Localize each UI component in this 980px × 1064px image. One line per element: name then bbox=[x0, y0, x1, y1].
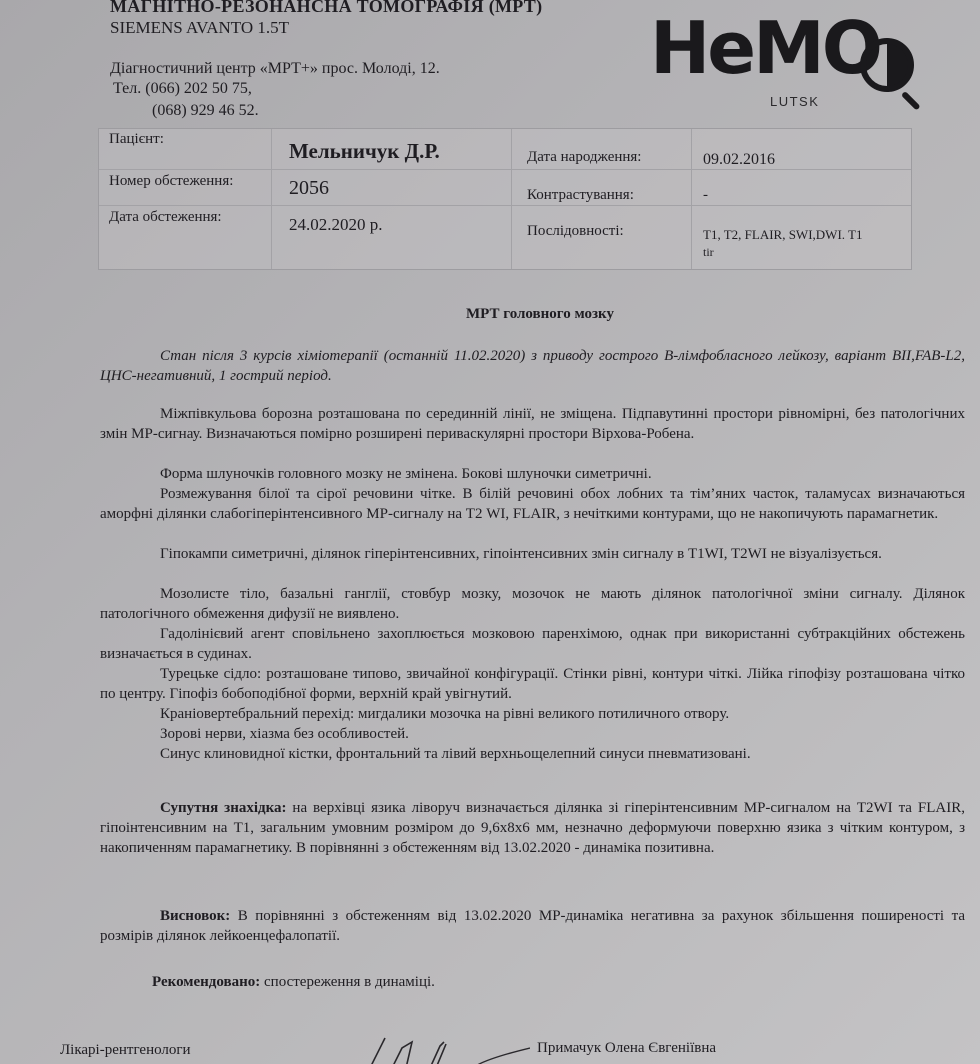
recommendation-text: спостереження в динаміці. bbox=[260, 974, 435, 990]
birth-date-label: Дата народження: bbox=[527, 149, 641, 166]
conclusion-text: В порівнянні з обстеженням від 13.02.202… bbox=[100, 908, 965, 944]
sequences-value: T1, T2, FLAIR, SWI,DWI. T1 bbox=[703, 227, 862, 243]
finding-paragraph: Синус клиновидної кістки, фронтальний та… bbox=[100, 744, 965, 764]
sequences-label: Послідовності: bbox=[527, 223, 624, 240]
table-divider bbox=[99, 169, 911, 170]
logo-subtitle: LUTSK bbox=[770, 94, 819, 109]
radiologist-name: Примачук Олена Євгеніївна bbox=[537, 1040, 716, 1057]
exam-date-label: Дата обстеження: bbox=[109, 209, 222, 226]
finding-paragraph: Міжпівкульова борозна розташована по сер… bbox=[100, 404, 965, 444]
finding-paragraph: Гадолінієвий агент сповільнено захоплюєт… bbox=[100, 624, 965, 664]
contrast-label: Контрастування: bbox=[527, 187, 634, 204]
conclusion-label: Висновок: bbox=[160, 908, 230, 924]
phone-1: Тел. (066) 202 50 75, bbox=[113, 80, 252, 98]
table-divider bbox=[511, 129, 512, 269]
incidental-label: Супутня знахідка: bbox=[160, 800, 287, 816]
finding-paragraph: Форма шлуночків головного мозку не зміне… bbox=[100, 464, 965, 484]
incidental-finding: Супутня знахідка: на верхівці язика ліво… bbox=[100, 798, 965, 858]
recommendation: Рекомендовано: спостереження в динаміці. bbox=[152, 972, 952, 992]
clinic-logo: HeMO LUTSK bbox=[650, 8, 900, 108]
finding-paragraph: Турецьке сідло: розташоване типово, звич… bbox=[100, 664, 965, 704]
handwritten-signature-icon bbox=[340, 1030, 530, 1064]
birth-date: 09.02.2016 bbox=[703, 151, 775, 169]
phone-2: (068) 929 46 52. bbox=[152, 102, 259, 120]
exam-number: 2056 bbox=[289, 177, 329, 200]
report-title: МРТ головного мозку bbox=[0, 306, 980, 323]
conclusion: Висновок: В порівнянні з обстеженням від… bbox=[100, 906, 965, 946]
table-divider bbox=[99, 205, 911, 206]
clinical-history: Стан після 3 курсів хіміотерапії (останн… bbox=[100, 346, 965, 386]
patient-name: Мельничук Д.Р. bbox=[289, 139, 440, 164]
scanner-model: SIEMENS AVANTO 1.5T bbox=[110, 18, 289, 38]
finding-paragraph: Розмежування білої та сірої речовини чіт… bbox=[100, 484, 965, 524]
contrast-value: - bbox=[703, 187, 708, 204]
clinic-address: Діагностичний центр «МРТ+» прос. Молоді,… bbox=[110, 60, 440, 78]
exam-number-label: Номер обстеження: bbox=[109, 173, 233, 190]
finding-paragraph: Зорові нерви, хіазма без особливостей. bbox=[100, 724, 965, 744]
sequences-value-cont: tir bbox=[703, 245, 714, 260]
finding-paragraph: Мозолисте тіло, базальні ганглії, стовбу… bbox=[100, 584, 965, 624]
magnifier-handle-icon bbox=[901, 91, 921, 111]
finding-paragraph: Краніовертебральний перехід: мигдалики м… bbox=[100, 704, 965, 724]
signature-label: Лікарі-рентгенологи bbox=[60, 1042, 191, 1059]
table-divider bbox=[691, 129, 692, 269]
magnifier-icon bbox=[860, 38, 914, 92]
clinic-title: МАГНІТНО-РЕЗОНАНСНА ТОМОГРАФІЯ (МРТ) bbox=[110, 0, 542, 17]
finding-paragraph: Гіпокампи симетричні, ділянок гіперінтен… bbox=[100, 544, 965, 564]
patient-info-table: Пацієнт: Мельничук Д.Р. Номер обстеження… bbox=[98, 128, 912, 270]
logo-text: HeMO bbox=[650, 8, 880, 88]
table-divider bbox=[271, 129, 272, 269]
recommendation-label: Рекомендовано: bbox=[152, 974, 260, 990]
exam-date: 24.02.2020 р. bbox=[289, 215, 383, 235]
patient-label: Пацієнт: bbox=[109, 131, 164, 148]
